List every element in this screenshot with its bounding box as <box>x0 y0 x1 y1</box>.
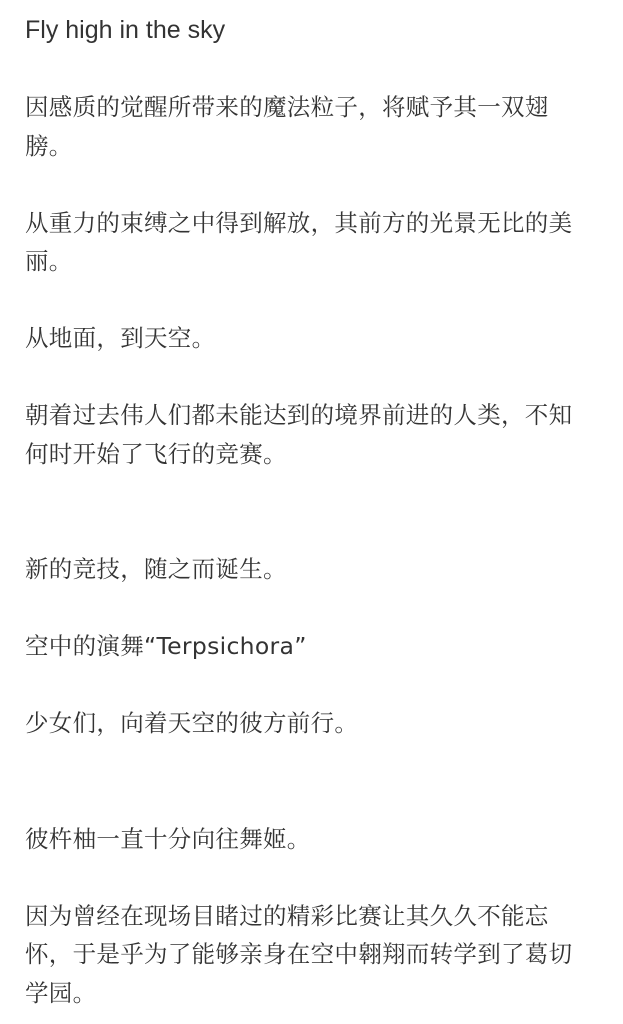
spacer <box>25 358 595 397</box>
spacer <box>25 858 595 897</box>
spacer <box>25 473 595 550</box>
paragraph-new-sport: 新的竞技，随之而诞生。 <box>25 550 595 589</box>
paragraph-terpsichora: 空中的演舞“Terpsichora” <box>25 627 595 666</box>
paragraph-girls: 少女们，向着天空的彼方前行。 <box>25 704 595 743</box>
spacer <box>25 165 595 204</box>
paragraph-ground-to-sky: 从地面，到天空。 <box>25 319 595 358</box>
spacer <box>25 589 595 628</box>
paragraph-wings: 因感质的觉醒所带来的魔法粒子，将赋予其一双翅膀。 <box>25 88 595 165</box>
document-title: Fly high in the sky <box>25 11 595 50</box>
spacer <box>25 50 595 89</box>
paragraph-gravity: 从重力的束缚之中得到解放，其前方的光景无比的美丽。 <box>25 204 595 281</box>
paragraph-transfer: 因为曾经在现场目睹过的精彩比赛让其久久不能忘怀，于是乎为了能够亲身在空中翱翔而转… <box>25 897 595 1013</box>
document-body: Fly high in the sky 因感质的觉醒所带来的魔法粒子，将赋予其一… <box>25 11 595 1012</box>
paragraph-flight-race: 朝着过去伟人们都未能达到的境界前进的人类，不知何时开始了飞行的竞赛。 <box>25 396 595 473</box>
paragraph-yuzu: 彼杵柚一直十分向往舞姬。 <box>25 820 595 859</box>
spacer <box>25 743 595 820</box>
spacer <box>25 666 595 705</box>
spacer <box>25 281 595 320</box>
